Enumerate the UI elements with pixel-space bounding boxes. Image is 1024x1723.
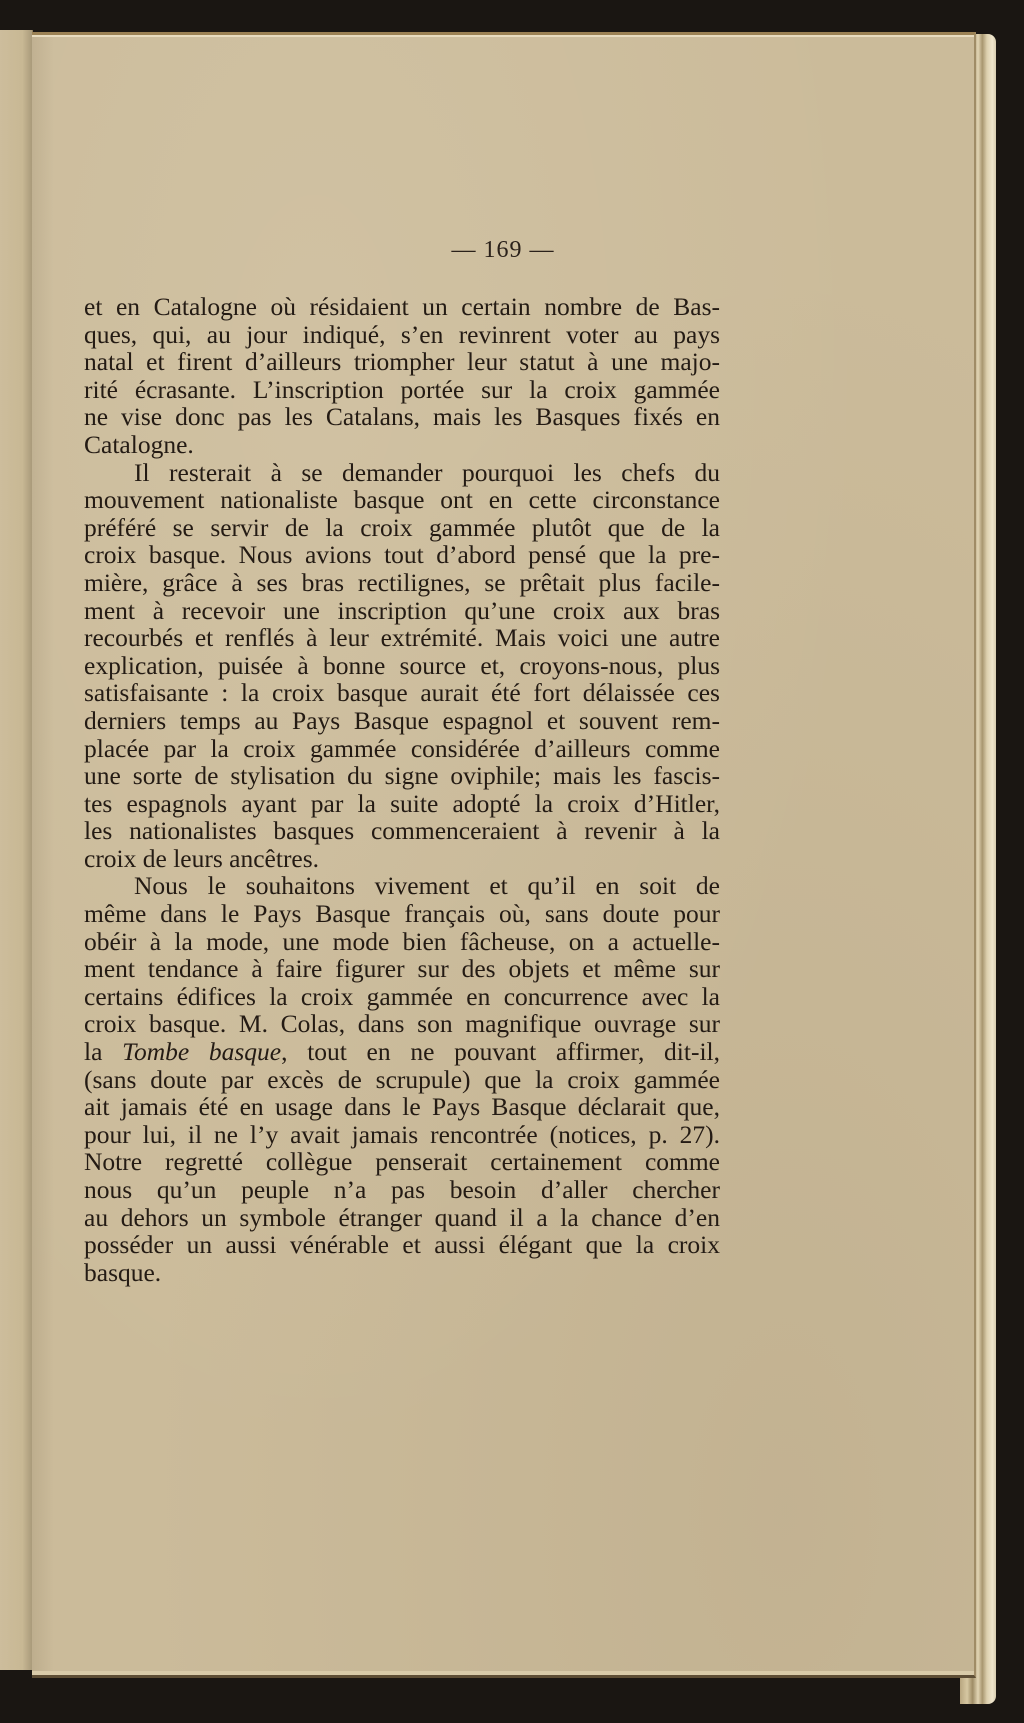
text-line: au dehors un symbole étranger quand il a…	[84, 1204, 720, 1232]
text-line: natal et firent d’ailleurs triompher leu…	[84, 348, 720, 376]
text-line: même dans le Pays Basque français où, sa…	[84, 900, 720, 928]
text-line: posséder un aussi vénérable et aussi élé…	[84, 1231, 720, 1259]
text-line: basque.	[84, 1259, 720, 1287]
text-line: Il resterait à se demander pourquoi les …	[84, 459, 720, 487]
body-text: et en Catalogne où résidaient un certain…	[84, 293, 720, 1286]
text-line: mière, grâce à ses bras rectilignes, se …	[84, 569, 720, 597]
book-title: Tombe basque	[122, 1037, 281, 1066]
text-fragment: la	[84, 1037, 122, 1066]
paragraph: Nous le souhaitons vivement et qu’il en …	[84, 872, 720, 1286]
book-page: — 169 — et en Catalogne où résidaient un…	[32, 32, 976, 1678]
text-line: obéir à la mode, une mode bien fâcheuse,…	[84, 928, 720, 956]
text-line: recourbés et renflés à leur extrémité. M…	[84, 624, 720, 652]
page-number: — 169 —	[32, 237, 974, 264]
text-line: placée par la croix gammée considérée d’…	[84, 735, 720, 763]
text-line: ques, qui, au jour indiqué, s’en revinre…	[84, 321, 720, 349]
text-line: une sorte de stylisation du signe oviphi…	[84, 762, 720, 790]
text-line: explication, puisée à bonne source et, c…	[84, 652, 720, 680]
text-line: Notre regretté collègue penserait certai…	[84, 1148, 720, 1176]
text-line: ment tendance à faire figurer sur des ob…	[84, 955, 720, 983]
text-line: certains édifices la croix gammée en con…	[84, 983, 720, 1011]
text-line: satisfaisante : la croix basque aurait é…	[84, 679, 720, 707]
text-line: rité écrasante. L’inscription portée sur…	[84, 376, 720, 404]
text-line: les nationalistes basques commenceraient…	[84, 817, 720, 845]
text-line: croix de leurs ancêtres.	[84, 845, 720, 873]
text-line: ait jamais été en usage dans le Pays Bas…	[84, 1093, 720, 1121]
text-line: préféré se servir de la croix gammée plu…	[84, 514, 720, 542]
text-line: pour lui, il ne l’y avait jamais rencont…	[84, 1121, 720, 1149]
text-line: et en Catalogne où résidaient un certain…	[84, 293, 720, 321]
text-line: Nous le souhaitons vivement et qu’il en …	[84, 872, 720, 900]
text-line: tes espagnols ayant par la suite adopté …	[84, 790, 720, 818]
text-line: (sans doute par excès de scrupule) que l…	[84, 1066, 720, 1094]
facing-page-edge	[0, 30, 33, 1670]
text-fragment: , tout en ne pouvant affirmer, dit-il,	[281, 1037, 720, 1066]
text-line-with-title: la Tombe basque, tout en ne pouvant affi…	[84, 1038, 720, 1066]
text-line: croix basque. Nous avions tout d’abord p…	[84, 541, 720, 569]
paragraph: et en Catalogne où résidaient un certain…	[84, 293, 720, 459]
text-line: mouvement nationaliste basque ont en cet…	[84, 486, 720, 514]
text-line: ment à recevoir une inscription qu’une c…	[84, 597, 720, 625]
text-line: nous qu’un peuple n’a pas besoin d’aller…	[84, 1176, 720, 1204]
text-line: derniers temps au Pays Basque espagnol e…	[84, 707, 720, 735]
paragraph: Il resterait à se demander pourquoi les …	[84, 459, 720, 873]
text-line: Catalogne.	[84, 431, 720, 459]
text-line: ne vise donc pas les Catalans, mais les …	[84, 403, 720, 431]
text-line: croix basque. M. Colas, dans son magnifi…	[84, 1010, 720, 1038]
